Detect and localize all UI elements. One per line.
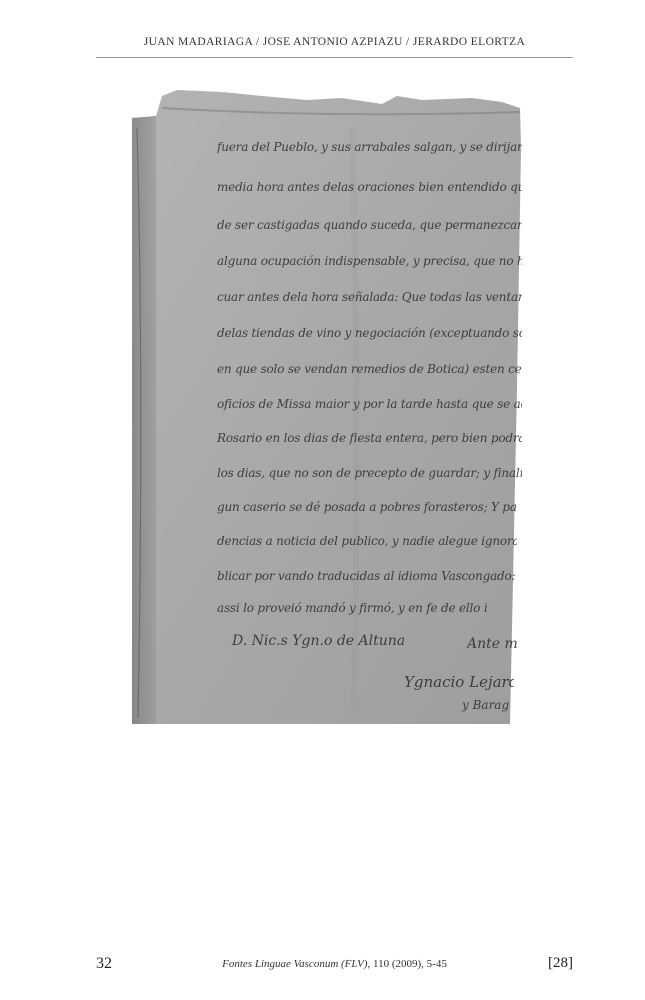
manuscript-line: blicar por vando traducidas al idioma Va…: [217, 569, 517, 583]
manuscript-line: de ser castigadas quando suceda, que per…: [217, 218, 522, 232]
manuscript-line: dencias a noticia del publico, y nadie a…: [217, 534, 517, 548]
manuscript-line: fuera del Pueblo, y sus arrabales salgan…: [217, 140, 522, 154]
manuscript-line: oficios de Missa maior y por la tarde ha…: [217, 397, 522, 411]
manuscript-line: Rosario en los dias de fiesta entera, pe…: [217, 431, 522, 445]
signature-left: D. Nic.s Ygn.o de Altuna: [232, 633, 405, 649]
manuscript-line: los dias, que no son de precepto de guar…: [217, 466, 522, 480]
manuscript-line: en que solo se vendan remedios de Botica…: [217, 362, 522, 376]
signature-right-bottom: y Barag: [462, 698, 512, 712]
bracket-page-number: [28]: [548, 955, 573, 972]
manuscript-line: delas tiendas de vino y negociación (exc…: [217, 326, 522, 340]
manuscript-line: cuar antes dela hora señalada: Que todas…: [217, 290, 522, 304]
signature-right-middle: Ygnacio Lejarde: [404, 673, 514, 691]
signature-right-top: Ante mi: [467, 636, 517, 652]
manuscript-line: media hora antes delas oraciones bien en…: [217, 180, 522, 194]
journal-citation: Fontes Linguae Vasconum (FLV), 110 (2009…: [96, 958, 573, 970]
header-rule: [96, 57, 573, 58]
manuscript-line: gun caserio se dé posada a pobres forast…: [217, 500, 517, 514]
journal-title: Fontes Linguae Vasconum (FLV): [222, 958, 367, 970]
running-head: JUAN MADARIAGA / JOSE ANTONIO AZPIAZU / …: [96, 36, 573, 48]
journal-details: , 110 (2009), 5-45: [367, 958, 446, 970]
manuscript-line: alguna ocupación indispensable, y precis…: [217, 254, 522, 268]
manuscript-figure: fuera del Pueblo, y sus arrabales salgan…: [132, 88, 532, 726]
page-footer: 32 Fontes Linguae Vasconum (FLV), 110 (2…: [96, 955, 573, 975]
manuscript-line: assi lo proveió mandó y firmó, y en fe d…: [217, 601, 487, 615]
